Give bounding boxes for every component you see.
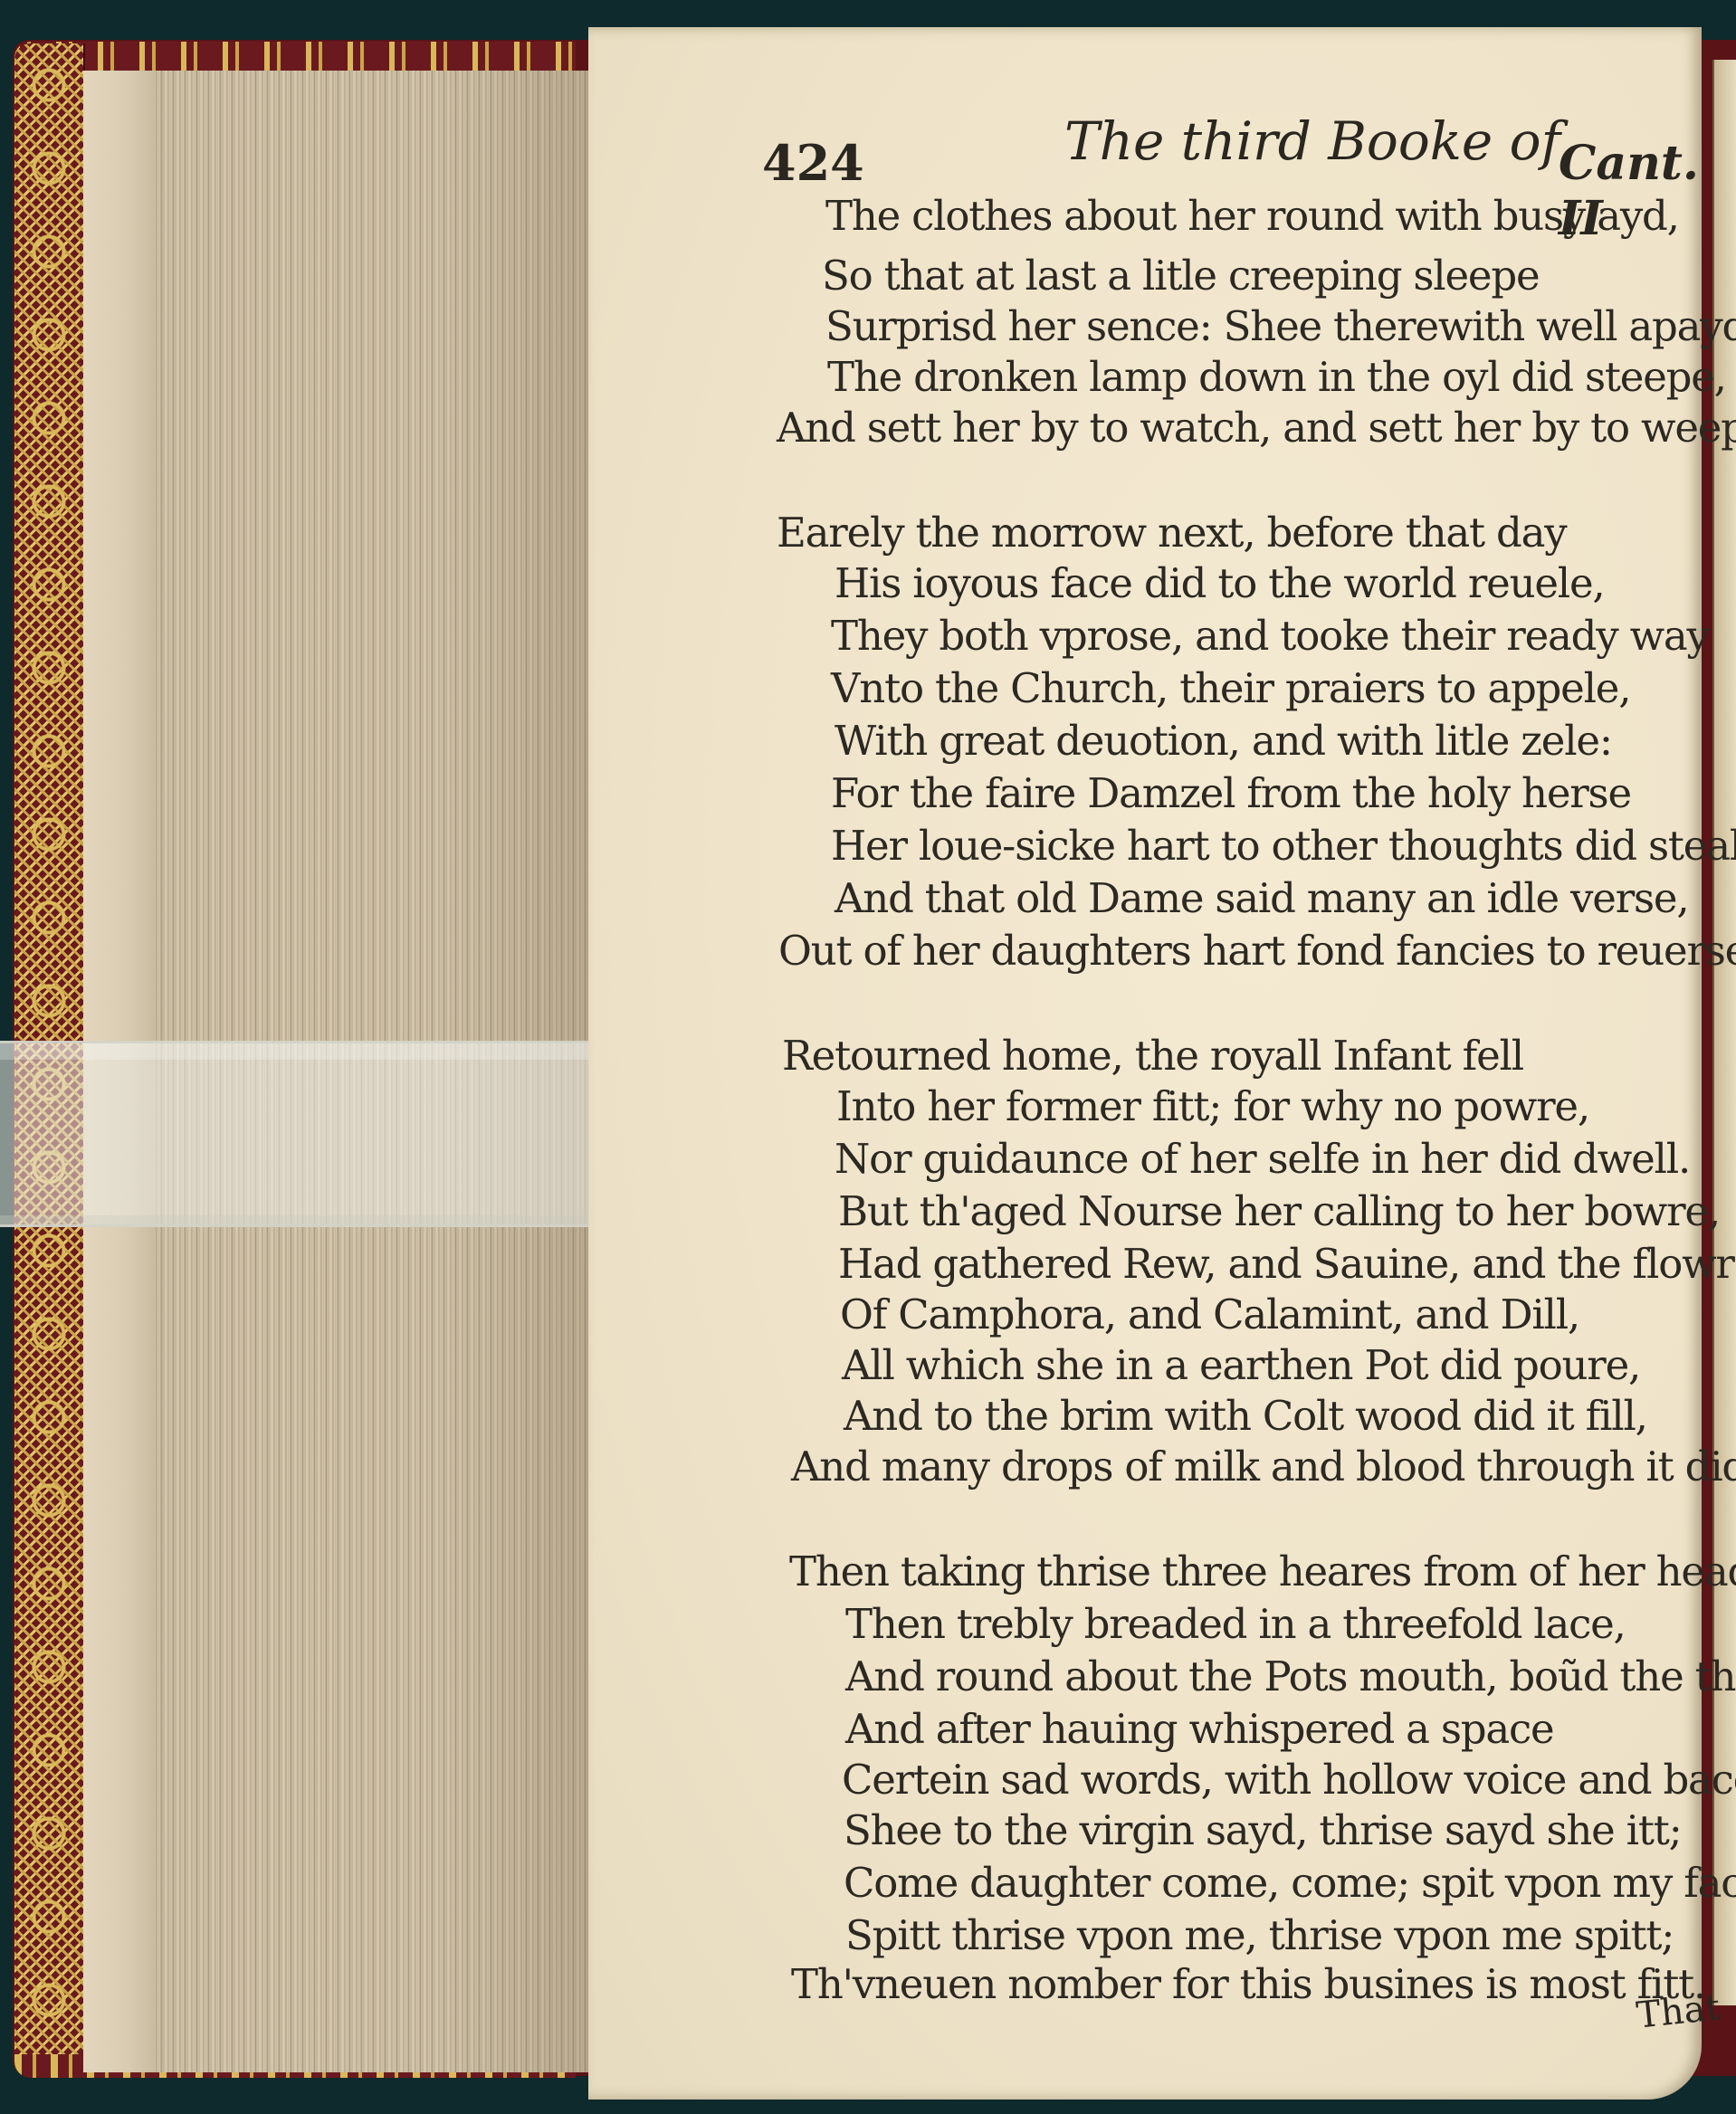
verse-line: For the faire Damzel from the holy herse (831, 769, 1631, 817)
verse-line: Vnto the Church, their praiers to appele… (831, 664, 1630, 712)
verse-line: They both vprose, and tooke their ready … (831, 612, 1709, 660)
verse-line: But th'aged Nourse her calling to her bo… (838, 1187, 1720, 1235)
page-edge-right (1712, 60, 1736, 2005)
page-number: 424 (762, 134, 864, 192)
verse-line: Then trebly breaded in a threefold lace, (845, 1600, 1626, 1648)
verse-line: The clothes about her round with busy ay… (825, 192, 1679, 240)
verse-line: Come daughter come, come; spit vpon my f… (844, 1859, 1736, 1907)
verse-line: And many drops of milk and blood through… (791, 1443, 1736, 1490)
verse-line: All which she in a earthen Pot did poure… (842, 1341, 1640, 1389)
verse-line: Then taking thrise three heares from of … (789, 1547, 1736, 1595)
verse-line: Nor guidaunce of her selfe in her did dw… (835, 1135, 1690, 1183)
verse-line: Of Camphora, and Calamint, and Dill, (840, 1290, 1579, 1338)
verse-line: Spitt thrise vpon me, thrise vpon me spi… (845, 1911, 1674, 1959)
verse-line: Shee to the virgin sayd, thrise sayd she… (844, 1806, 1682, 1854)
verse-line: And to the brim with Colt wood did it fi… (844, 1392, 1647, 1440)
verse-line: And sett her by to watch, and sett her b… (777, 404, 1736, 452)
verse-line: Out of her daughters hart fond fancies t… (778, 927, 1736, 975)
verse-line: And that old Dame said many an idle vers… (835, 874, 1688, 922)
verse-line: With great deuotion, and with litle zele… (835, 717, 1612, 765)
verse-line: Into her former fitt; for why no powre, (836, 1082, 1589, 1130)
verse-line: Her loue-sicke hart to other thoughts di… (831, 822, 1736, 870)
clear-page-clamp (0, 1041, 629, 1227)
verse-line: Th'vneuen nomber for this busines is mos… (791, 1960, 1705, 2008)
verse-line: The dronken lamp down in the oyl did ste… (827, 353, 1726, 401)
verse-line: Certein sad words, with hollow voice and… (842, 1756, 1736, 1804)
running-title: The third Booke of (1064, 110, 1560, 172)
catchword: That (1635, 1986, 1722, 2036)
verse-line: So that at last a litle creeping sleepe (822, 252, 1539, 300)
verse-line: Earely the morrow next, before that day (777, 509, 1567, 557)
verse-line: And after hauing whispered a space (845, 1705, 1553, 1753)
verse-line: Surprisd her sence: Shee therewith well … (825, 302, 1736, 350)
verse-line: Retourned home, the royall Infant fell (782, 1032, 1523, 1080)
verse-line: Had gathered Rew, and Sauine, and the fl… (838, 1240, 1736, 1288)
verse-line: And round about the Pots mouth, boũd th… (845, 1652, 1736, 1700)
verse-line: His ioyous face did to the world reuele, (835, 559, 1605, 607)
